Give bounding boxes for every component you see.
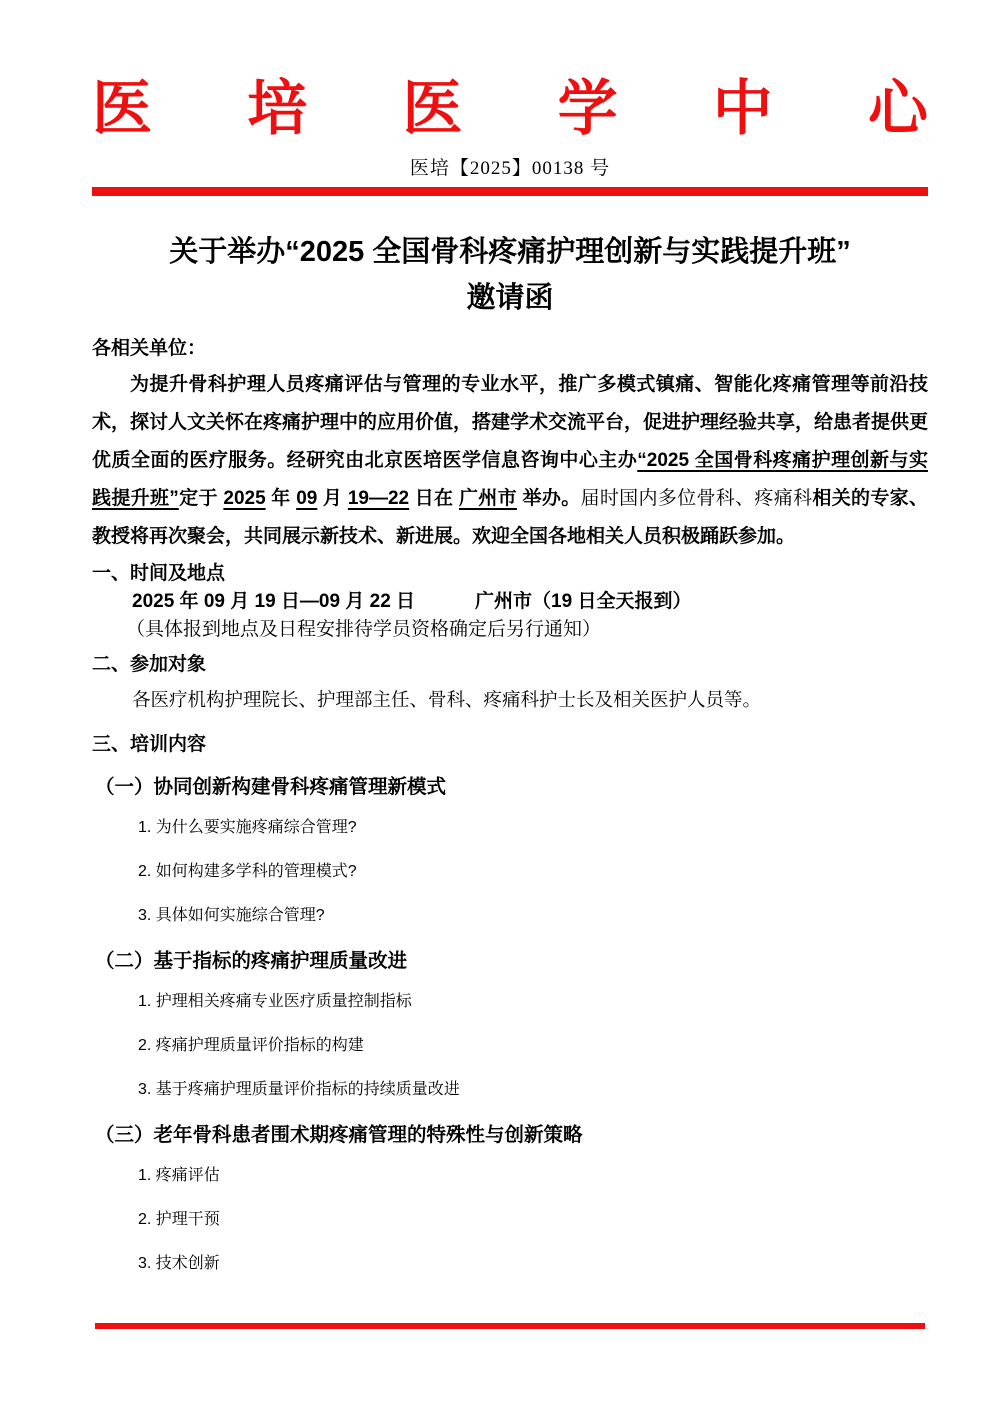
salutation: 各相关单位： [92, 333, 928, 360]
list-item: 2. 护理干预 [138, 1210, 928, 1230]
list-item: 1. 护理相关疼痛专业医疗质量控制指标 [138, 992, 928, 1012]
title-line-1: 关于举办“2025 全国骨科疼痛护理创新与实践提升班” [92, 229, 928, 275]
subsection-2-items: 1. 护理相关疼痛专业医疗质量控制指标 2. 疼痛护理质量评价指标的构建 3. … [92, 992, 928, 1100]
intro-text: 日在 [409, 488, 459, 509]
section-heading-content: 三、培训内容 [92, 734, 928, 756]
org-char: 中 [713, 78, 773, 141]
event-days: 19—22 [348, 488, 409, 509]
intro-text: 举办。 [517, 488, 581, 509]
subsection-3-items: 1. 疼痛评估 2. 护理干预 3. 技术创新 [92, 1166, 928, 1274]
footer-divider [95, 1323, 925, 1329]
list-item: 1. 疼痛评估 [138, 1166, 928, 1186]
doc-number: 医培【2025】00138 号 [92, 153, 928, 180]
list-item: 3. 具体如何实施综合管理? [138, 906, 928, 926]
event-dates: 2025 年 09 月 19 日—09 月 22 日 [132, 591, 415, 612]
event-place: 广州市（19 日全天报到） [475, 591, 691, 612]
org-char: 心 [868, 78, 928, 141]
intro-text-light: 届时国内多位骨科、疼痛科 [581, 488, 813, 509]
subsection-heading-3: （三）老年骨科患者围术期疼痛管理的特殊性与创新策略 [92, 1124, 928, 1146]
intro-text: 定于 [179, 488, 224, 509]
list-item: 1. 为什么要实施疼痛综合管理? [138, 818, 928, 838]
note-line: （具体报到地点及日程安排待学员资格确定后另行通知） [92, 619, 928, 641]
document-content: 医 培 医 学 中 心 医培【2025】00138 号 关于举办“2025 全国… [0, 78, 1000, 1274]
org-char: 医 [92, 78, 152, 141]
section-heading-participants: 二、参加对象 [92, 654, 928, 676]
title-line-2: 邀请函 [92, 275, 928, 321]
section-heading-time-place: 一、时间及地点 [92, 563, 928, 585]
list-item: 3. 技术创新 [138, 1254, 928, 1274]
org-name: 医 培 医 学 中 心 [92, 78, 928, 141]
intro-text: 月 [317, 488, 348, 509]
org-char: 医 [402, 78, 462, 141]
subsection-1-items: 1. 为什么要实施疼痛综合管理? 2. 如何构建多学科的管理模式? 3. 具体如… [92, 818, 928, 926]
document-title: 关于举办“2025 全国骨科疼痛护理创新与实践提升班” 邀请函 [92, 229, 928, 321]
intro-paragraph: 为提升骨科护理人员疼痛评估与管理的专业水平，推广多模式镇痛、智能化疼痛管理等前沿… [92, 366, 928, 556]
subsection-heading-1: （一）协同创新构建骨科疼痛管理新模式 [92, 776, 928, 798]
event-year: 2025 [223, 488, 265, 509]
participants-text: 各医疗机构护理院长、护理部主任、骨科、疼痛科护士长及相关医护人员等。 [92, 689, 928, 710]
list-item: 3. 基于疼痛护理质量评价指标的持续质量改进 [138, 1080, 928, 1100]
invitation-document: 医 培 医 学 中 心 医培【2025】00138 号 关于举办“2025 全国… [0, 0, 1000, 1414]
list-item: 2. 如何构建多学科的管理模式? [138, 862, 928, 882]
org-char: 培 [247, 78, 307, 141]
event-city: 广州市 [459, 488, 517, 509]
intro-text: 年 [266, 488, 297, 509]
date-line: 2025 年 09 月 19 日—09 月 22 日广州市（19 日全天报到） [92, 591, 928, 613]
subsection-heading-2: （二）基于指标的疼痛护理质量改进 [92, 950, 928, 972]
org-char: 学 [558, 78, 618, 141]
header-divider [92, 187, 928, 196]
event-month: 09 [296, 488, 317, 509]
list-item: 2. 疼痛护理质量评价指标的构建 [138, 1036, 928, 1056]
